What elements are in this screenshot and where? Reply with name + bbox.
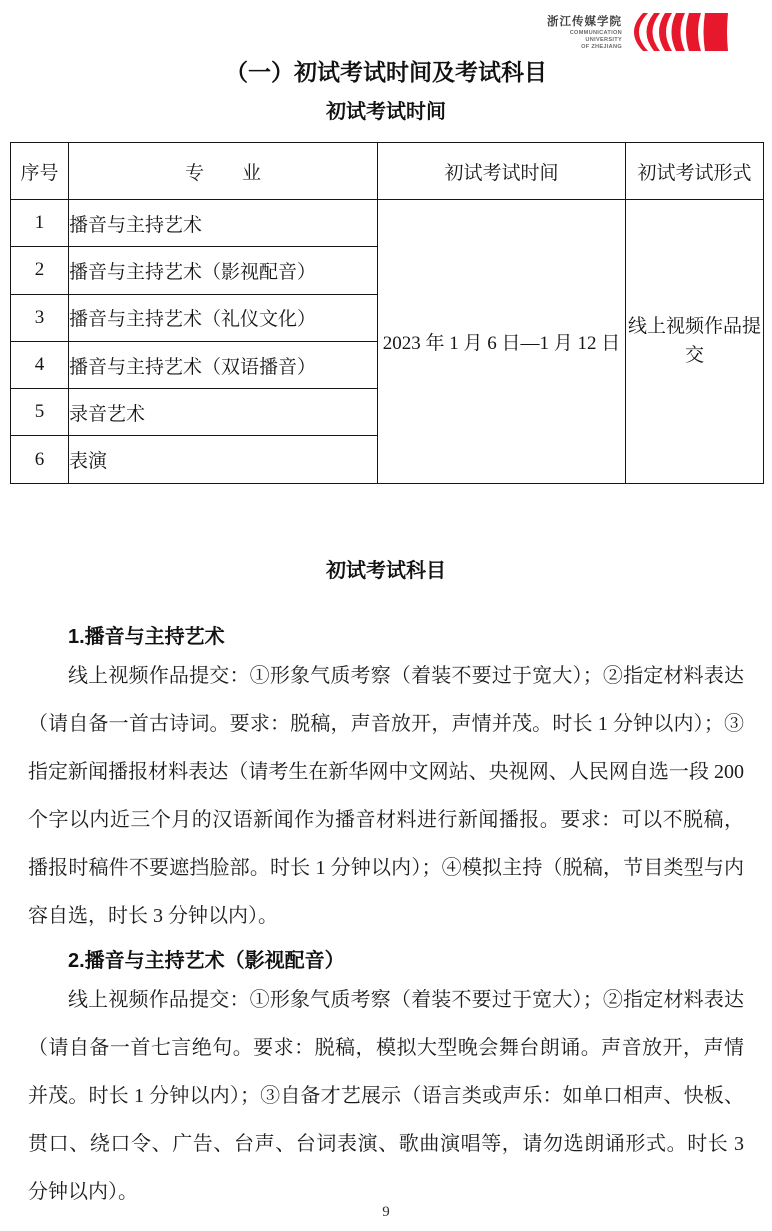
row-no: 5	[11, 389, 69, 436]
exam-time-cell: 2023 年 1 月 6 日—1 月 12 日	[378, 200, 626, 484]
row-major: 表演	[69, 436, 378, 483]
section-title: 初试考试科目	[0, 558, 772, 584]
university-logo-text: 浙江传媒学院 COMMUNICATION UNIVERSITY OF ZHEJI…	[546, 13, 622, 51]
table-caption: 初试考试时间	[0, 100, 772, 124]
col-header-no: 序号	[11, 143, 69, 200]
page-number: 9	[0, 1204, 772, 1221]
table-header-row: 序号 专 业 初试考试时间 初试考试形式	[11, 143, 764, 200]
col-header-exam-time: 初试考试时间	[378, 143, 626, 200]
col-header-exam-form: 初试考试形式	[626, 143, 764, 200]
row-no: 6	[11, 436, 69, 483]
row-major: 播音与主持艺术	[69, 200, 378, 247]
exam-form-cell: 线上视频作品提交	[626, 200, 764, 484]
university-name-en-line: OF ZHEJIANG	[546, 44, 622, 51]
row-major: 播音与主持艺术（影视配音）	[69, 247, 378, 294]
university-logo: 浙江传媒学院 COMMUNICATION UNIVERSITY OF ZHEJI…	[546, 12, 729, 52]
row-major: 播音与主持艺术（礼仪文化）	[69, 294, 378, 341]
document-page: 浙江传媒学院 COMMUNICATION UNIVERSITY OF ZHEJI…	[0, 0, 772, 1231]
subject-body-2: 线上视频作品提交：①形象气质考察（着装不要过于宽大）；②指定材料表达（请自备一首…	[28, 976, 744, 1216]
row-no: 1	[11, 200, 69, 247]
table-row: 1 播音与主持艺术 2023 年 1 月 6 日—1 月 12 日 线上视频作品…	[11, 200, 764, 247]
university-name-cn: 浙江传媒学院	[546, 13, 622, 29]
row-no: 4	[11, 341, 69, 388]
subject-heading-1: 1.播音与主持艺术	[28, 622, 744, 652]
col-header-major: 专 业	[69, 143, 378, 200]
subject-body-1: 线上视频作品提交：①形象气质考察（着装不要过于宽大）；②指定材料表达（请自备一首…	[28, 652, 744, 940]
row-major: 播音与主持艺术（双语播音）	[69, 341, 378, 388]
university-logo-mark-icon	[629, 12, 729, 52]
subject-heading-2: 2.播音与主持艺术（影视配音）	[28, 946, 744, 976]
university-name-en-line: COMMUNICATION	[546, 30, 622, 37]
row-no: 2	[11, 247, 69, 294]
exam-schedule-table: 序号 专 业 初试考试时间 初试考试形式 1 播音与主持艺术 2023 年 1 …	[10, 142, 764, 484]
row-no: 3	[11, 294, 69, 341]
page-title: （一）初试考试时间及考试科目	[0, 56, 772, 88]
row-major: 录音艺术	[69, 389, 378, 436]
university-name-en: COMMUNICATION UNIVERSITY OF ZHEJIANG	[546, 30, 622, 51]
university-name-en-line: UNIVERSITY	[546, 37, 622, 44]
